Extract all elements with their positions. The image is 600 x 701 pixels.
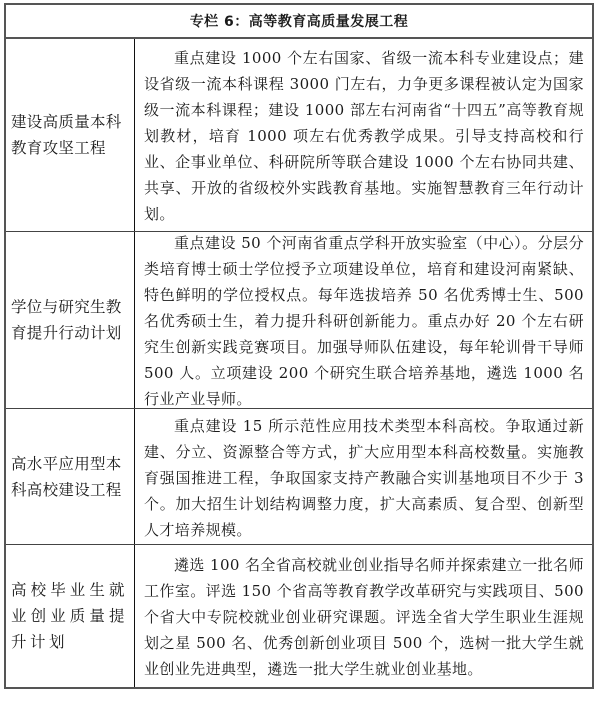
table-row: 高水平应用型本科高校建设工程 重点建设 15 所示范性应用技术类型本科高校。争取… [6, 409, 592, 545]
table-row: 高校毕业生就业创业质量提升计划 遴选 100 名全省高校就业创业指导名师并探索建… [6, 545, 592, 687]
row-label: 学位与研究生教育提升行动计划 [6, 232, 135, 408]
row-content: 重点建设 1000 个左右国家、省级一流本科专业建设点；建设省级一流本科课程 3… [135, 39, 592, 231]
table-row: 学位与研究生教育提升行动计划 重点建设 50 个河南省重点学科开放实验室（中心）… [6, 232, 592, 409]
row-content-text: 重点建设 50 个河南省重点学科开放实验室（中心）。分层分类培育博士硕士学位授予… [144, 230, 584, 412]
row-label: 高水平应用型本科高校建设工程 [6, 409, 135, 544]
program-table: 专栏 6：高等教育高质量发展工程 建设高质量本科教育攻坚工程 重点建设 1000… [4, 3, 594, 689]
table-title: 专栏 6：高等教育高质量发展工程 [6, 5, 592, 39]
table-row: 建设高质量本科教育攻坚工程 重点建设 1000 个左右国家、省级一流本科专业建设… [6, 39, 592, 232]
row-content-text: 重点建设 15 所示范性应用技术类型本科高校。争取通过新建、分立、资源整合等方式… [144, 413, 584, 543]
row-label: 建设高质量本科教育攻坚工程 [6, 39, 135, 231]
row-content: 重点建设 15 所示范性应用技术类型本科高校。争取通过新建、分立、资源整合等方式… [135, 409, 592, 544]
row-label: 高校毕业生就业创业质量提升计划 [6, 545, 135, 687]
row-content: 遴选 100 名全省高校就业创业指导名师并探索建立一批名师工作室。评选 150 … [135, 545, 592, 687]
row-content-text: 遴选 100 名全省高校就业创业指导名师并探索建立一批名师工作室。评选 150 … [144, 552, 584, 682]
row-content-text: 重点建设 1000 个左右国家、省级一流本科专业建设点；建设省级一流本科课程 3… [144, 45, 584, 227]
row-content: 重点建设 50 个河南省重点学科开放实验室（中心）。分层分类培育博士硕士学位授予… [135, 232, 592, 408]
